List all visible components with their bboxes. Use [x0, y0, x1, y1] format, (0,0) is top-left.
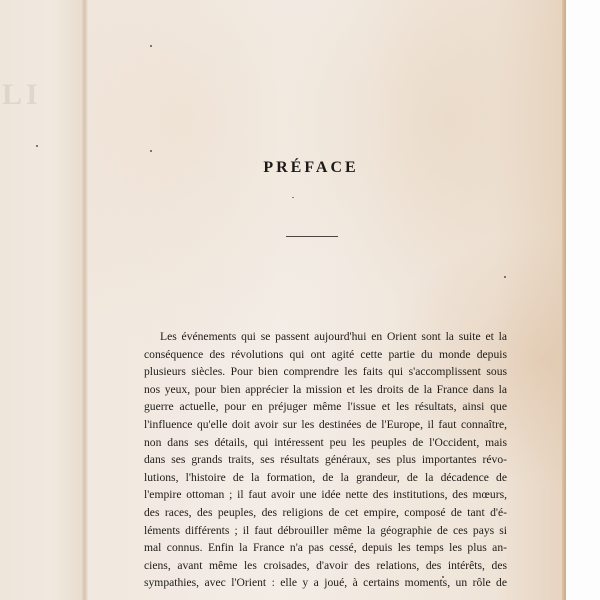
text-line: lutions, l'histoire de la formation, de …	[144, 469, 507, 487]
text-line: des races, des peuples, des religions de…	[144, 504, 507, 522]
text-line: l'empire ottoman ; il faut avoir une idé…	[144, 486, 507, 504]
paper-speck	[150, 45, 152, 47]
text-line: guerre actuelle, pour en préjuger même l…	[144, 398, 507, 416]
ornament-dot	[292, 197, 294, 198]
page-edge	[562, 0, 566, 600]
text-line: Les événements qui se passent aujourd'hu…	[144, 328, 507, 346]
text-line: conséquence des révolutions qui ont agit…	[144, 346, 507, 364]
book-spread: LI PRÉFACE Les événements qui se passent…	[0, 0, 566, 600]
bleed-through-text: LI	[2, 78, 42, 112]
left-page: LI	[0, 0, 84, 600]
page-title: PRÉFACE	[0, 159, 600, 177]
preface-paragraph: Les événements qui se passent aujourd'hu…	[144, 328, 507, 592]
paper-speck	[442, 576, 444, 578]
text-line: l'influence qu'elle doit avoir sur les d…	[144, 416, 507, 434]
text-line: mal connus. Enfin la France n'a pas cess…	[144, 539, 507, 557]
text-line: ciens, avant même les croisades, d'avoir…	[144, 557, 507, 575]
title-rule-divider	[286, 236, 338, 237]
text-line: nos yeux, pour bien apprécier la mission…	[144, 381, 507, 399]
text-line: dans ses grands traits, ses résultats gé…	[144, 451, 507, 469]
paper-speck	[36, 145, 38, 147]
text-line: léments différents ; il faut débrouiller…	[144, 522, 507, 540]
text-line: non dans ses détails, qui intéressent pe…	[144, 434, 507, 452]
text-line: plusieurs siècles. Pour bien comprendre …	[144, 363, 507, 381]
paper-speck	[504, 276, 506, 278]
paper-speck	[150, 150, 152, 152]
text-line: sympathies, avec l'Orient : elle y a jou…	[144, 574, 507, 592]
